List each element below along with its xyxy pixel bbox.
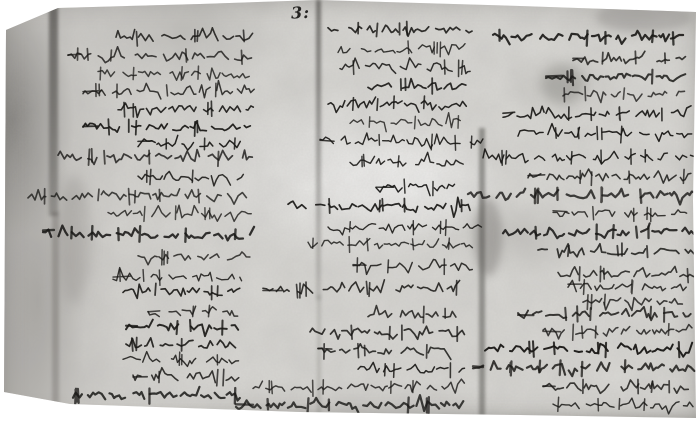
script-columns <box>0 0 700 422</box>
papyrus-page: 3: <box>0 0 700 422</box>
script-line <box>305 233 475 257</box>
script-line <box>260 277 467 303</box>
script-line <box>40 222 257 248</box>
script-line <box>515 122 697 147</box>
script-line <box>490 26 690 51</box>
script-line <box>535 240 695 264</box>
script-line <box>70 384 243 409</box>
script-line <box>233 393 467 418</box>
script-line <box>550 394 695 418</box>
manuscript-photo: 3: <box>0 0 700 422</box>
script-line <box>347 151 473 175</box>
script-line <box>350 254 475 279</box>
